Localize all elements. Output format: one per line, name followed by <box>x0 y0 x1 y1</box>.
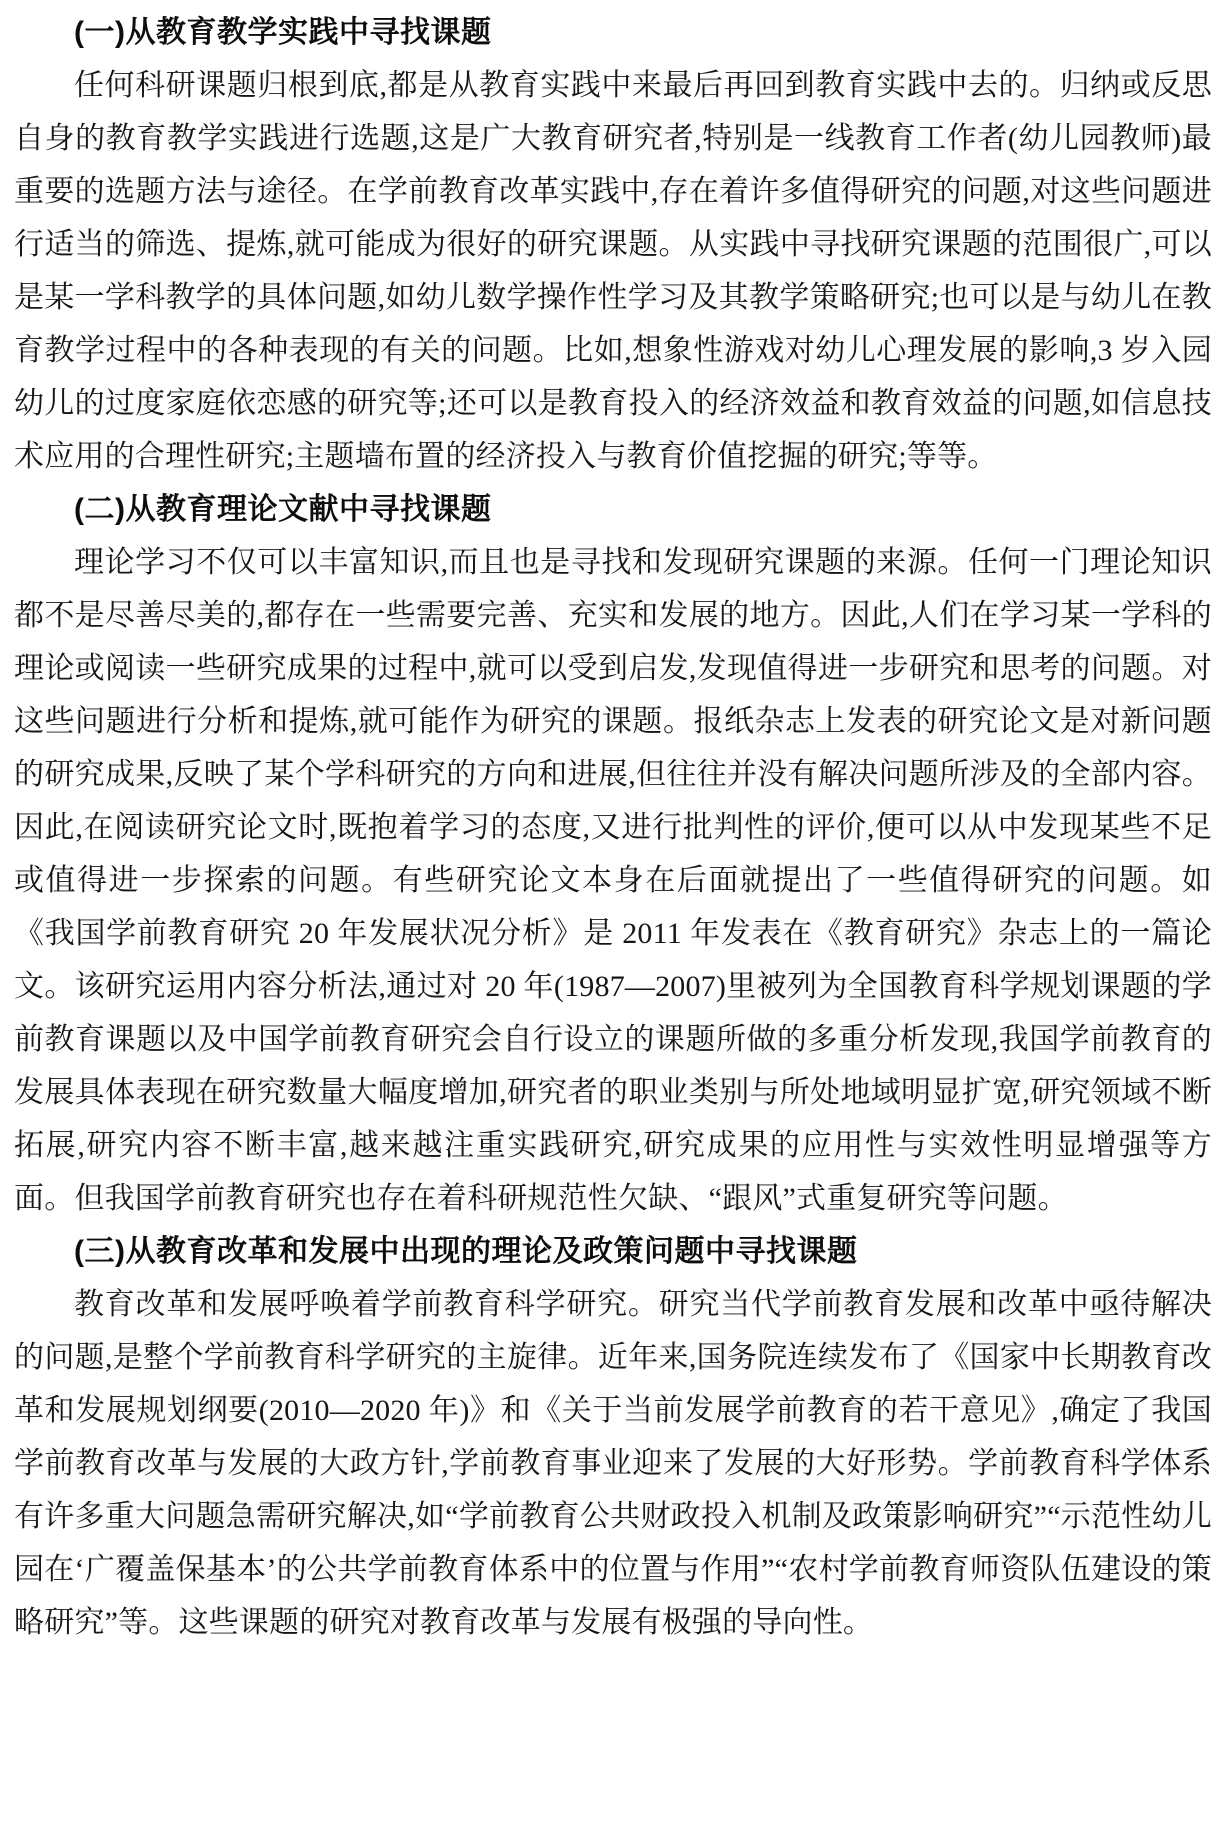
section-heading-2: (二)从教育理论文献中寻找课题 <box>14 483 1212 536</box>
section-2-paragraph: 理论学习不仅可以丰富知识,而且也是寻找和发现研究课题的来源。任何一门理论知识都不… <box>14 536 1212 1225</box>
section-heading-1: (一)从教育教学实践中寻找课题 <box>14 6 1212 59</box>
section-3-paragraph: 教育改革和发展呼唤着学前教育科学研究。研究当代学前教育发展和改革中亟待解决的问题… <box>14 1278 1212 1649</box>
section-1-paragraph: 任何科研课题归根到底,都是从教育实践中来最后再回到教育实践中去的。归纳或反思自身… <box>14 59 1212 483</box>
document-page: (一)从教育教学实践中寻找课题 任何科研课题归根到底,都是从教育实践中来最后再回… <box>0 0 1226 1822</box>
section-heading-3: (三)从教育改革和发展中出现的理论及政策问题中寻找课题 <box>14 1225 1212 1278</box>
